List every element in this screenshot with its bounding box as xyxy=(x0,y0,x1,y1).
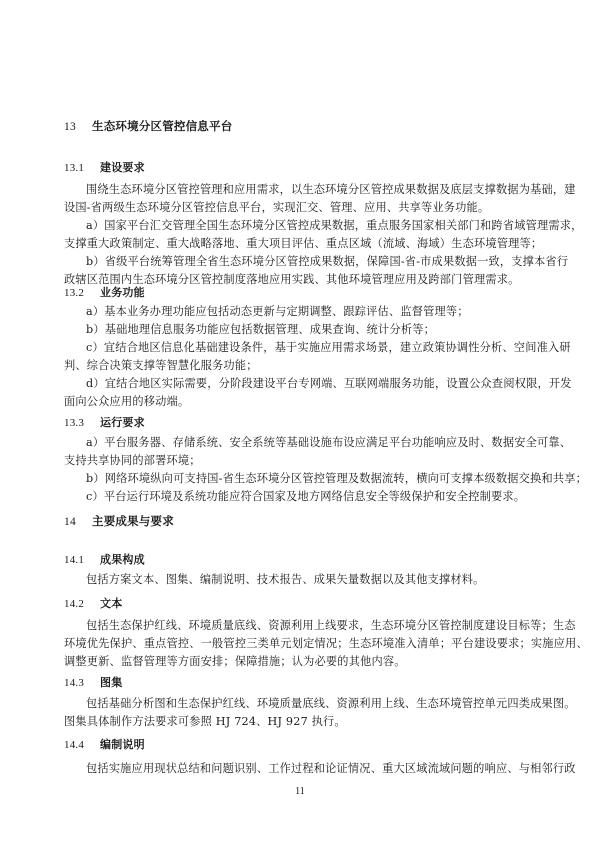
paragraph-line: 支持共享协同的部署环境； xyxy=(64,454,201,468)
section-title: 运行要求 xyxy=(100,416,145,429)
section-number: 14.2 xyxy=(64,597,100,611)
section-heading-14-4: 14.4编制说明 xyxy=(64,738,145,752)
paragraph-line: 调整更新、监督管理等方面安排；保障措施；认为必要的其他内容。 xyxy=(64,655,406,669)
paragraph-line: 图集具体制作方法要求可参照 HJ 724、HJ 927 执行。 xyxy=(64,715,346,729)
section-title: 文本 xyxy=(100,597,122,610)
paragraph-line: 围绕生态环境分区管控管理和应用需求，以生态环境分区管控成果数据及底层支撑数据为基… xyxy=(86,183,576,197)
paragraph-line: 支撑重大政策制定、重大战略落地、重大项目评估、重点区域（流域、海域）生态环境管理… xyxy=(64,237,542,251)
paragraph-line: 包括基础分析图和生态保护红线、环境质量底线、资源利用上线、生态环境管控单元四类成… xyxy=(86,697,576,711)
section-heading-13-2: 13.2业务功能 xyxy=(64,286,145,300)
paragraph-line: 面向公众应用的移动端。 xyxy=(64,395,189,409)
section-heading-13-3: 13.3运行要求 xyxy=(64,416,145,430)
list-item-line: a）平台服务器、存储系统、安全系统等基础设施布设应满足平台功能响应及时、数据安全… xyxy=(86,436,571,450)
list-item-line: b）网络环境纵向可支持国-省生态环境分区管控管理及数据流转，横向可支撑本级数据交… xyxy=(86,472,587,486)
section-heading-14: 14主要成果与要求 xyxy=(64,514,174,529)
section-title: 图集 xyxy=(100,676,122,689)
section-heading-13: 13生态环境分区管控信息平台 xyxy=(64,119,232,134)
section-number: 13.3 xyxy=(64,416,100,430)
paragraph-line: 包括实施应用现状总结和问题识别、工作过程和论证情况、重大区域流域问题的响应、与相… xyxy=(86,762,576,776)
document-page: 13生态环境分区管控信息平台 13.1建设要求 围绕生态环境分区管控管理和应用需… xyxy=(0,0,600,848)
section-heading-14-1: 14.1成果构成 xyxy=(64,553,145,567)
section-number: 14.4 xyxy=(64,738,100,752)
section-heading-14-3: 14.3图集 xyxy=(64,676,122,690)
section-number: 13.2 xyxy=(64,286,100,300)
list-item-line: c）宜结合地区信息化基础建设条件，基于实施应用需求场景，建立政策协调性分析、空间… xyxy=(86,341,571,355)
paragraph-line: 环境优先保护、重点管控、一般管控三类单元划定情况；生态环境准入清单；平台建设要求… xyxy=(64,637,588,651)
paragraph-line: 判、综合决策支撑等智慧化服务功能； xyxy=(64,359,258,373)
section-title: 成果构成 xyxy=(100,553,145,566)
section-title: 编制说明 xyxy=(100,738,145,751)
paragraph-line: 包括方案文本、图集、编制说明、技术报告、成果矢量数据以及其他支撑材料。 xyxy=(86,573,485,587)
paragraph-line: 包括生态保护红线、环境质量底线、资源利用上线要求，生态环境分区管控制度建设目标等… xyxy=(86,619,576,633)
list-item-line: a）国家平台汇交管理全国生态环境分区管控成果数据，重点服务国家相关部门和跨省域管… xyxy=(86,219,583,233)
list-item-line: d）宜结合地区实际需要，分阶段建设平台专网端、互联网端服务功能，设置公众查阅权限… xyxy=(86,377,572,391)
list-item-line: c）平台运行环境及系统功能应符合国家及地方网络信息安全等级保护和安全控制要求。 xyxy=(86,490,525,504)
list-item-line: b）基础地理信息服务功能应包括数据管理、成果查询、统计分析等； xyxy=(86,323,435,337)
section-number: 14 xyxy=(64,515,92,529)
list-item-line: a）基本业务办理功能应包括动态更新与定期调整、跟踪评估、监督管理等； xyxy=(86,305,469,319)
section-heading-14-2: 14.2文本 xyxy=(64,597,122,611)
list-item-line: b）省级平台统筹管理全省生态环境分区管控成果数据，保障国-省-市成果数据一致，支… xyxy=(86,255,568,269)
section-number: 13 xyxy=(64,120,92,134)
section-title: 建设要求 xyxy=(100,161,145,174)
section-title: 业务功能 xyxy=(100,286,145,299)
section-title: 主要成果与要求 xyxy=(92,514,174,528)
section-number: 13.1 xyxy=(64,161,100,175)
section-title: 生态环境分区管控信息平台 xyxy=(92,119,232,133)
section-heading-13-1: 13.1建设要求 xyxy=(64,161,145,175)
section-number: 14.1 xyxy=(64,553,100,567)
page-number: 11 xyxy=(0,786,600,797)
paragraph-line: 设国-省两级生态环境分区管控信息平台，实现汇交、管理、应用、共享等业务功能。 xyxy=(64,201,489,215)
section-number: 14.3 xyxy=(64,676,100,690)
paragraph-line: 政辖区范围内生态环境分区管控制度落地应用实践、其他环境管理应用及跨部门管理需求。 xyxy=(64,273,520,287)
